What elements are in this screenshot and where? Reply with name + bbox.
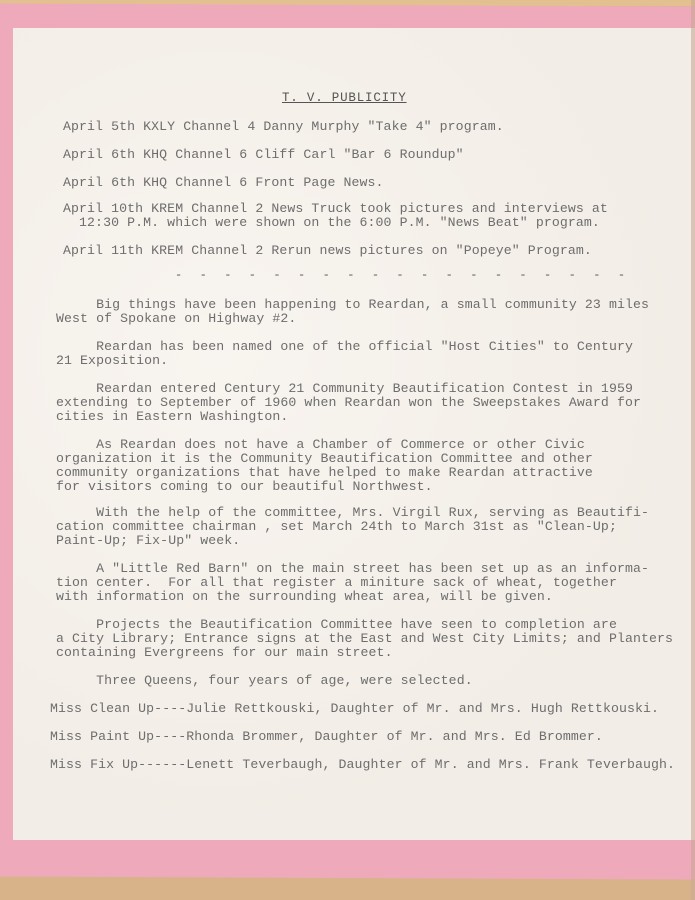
paragraph-line: organization it is the Community Beautif… [56, 451, 593, 466]
page-title: T. V. PUBLICITY [282, 91, 407, 106]
paragraph-line: community organizations that have helped… [56, 465, 593, 480]
paragraph-line: tion center. For all that register a min… [56, 575, 617, 590]
paragraph-line: for visitors coming to our beautiful Nor… [56, 479, 433, 494]
queen-line: Miss Fix Up------Lenett Teverbaugh, Daug… [50, 757, 675, 772]
paragraph-line: A "Little Red Barn" on the main street h… [56, 561, 649, 576]
paragraph-line: Reardan has been named one of the offici… [56, 339, 633, 354]
schedule-line: April 5th KXLY Channel 4 Danny Murphy "T… [63, 119, 504, 134]
paragraph-line: cities in Eastern Washington. [56, 409, 288, 424]
paragraph-line: cation committee chairman , set March 24… [56, 519, 617, 534]
paragraph-line: extending to September of 1960 when Rear… [56, 395, 641, 410]
paragraph-line: With the help of the committee, Mrs. Vir… [56, 505, 649, 520]
schedule-line: April 10th KREM Channel 2 News Truck too… [63, 201, 608, 216]
separator-dashes: - - - - - - - - - - - - - - - - - - - [175, 268, 630, 283]
paragraph-line: a City Library; Entrance signs at the Ea… [56, 631, 673, 646]
schedule-line: April 11th KREM Channel 2 Rerun news pic… [63, 243, 592, 258]
queen-line: Miss Paint Up----Rhonda Brommer, Daughte… [50, 729, 603, 744]
paragraph-line: with information on the surrounding whea… [56, 589, 553, 604]
queen-line: Miss Clean Up----Julie Rettkouski, Daugh… [50, 701, 659, 716]
paragraph-line: Big things have been happening to Rearda… [56, 297, 649, 312]
schedule-line: April 6th KHQ Channel 6 Cliff Carl "Bar … [63, 147, 464, 162]
paragraph-line: Reardan entered Century 21 Community Bea… [56, 381, 633, 396]
document-text: T. V. PUBLICITY April 5th KXLY Channel 4… [0, 0, 695, 900]
paragraph-line: West of Spokane on Highway #2. [56, 311, 296, 326]
paragraph-line: Projects the Beautification Committee ha… [56, 617, 617, 632]
paragraph-line: As Reardan does not have a Chamber of Co… [56, 437, 585, 452]
schedule-line: April 6th KHQ Channel 6 Front Page News. [63, 175, 384, 190]
paragraph-line: 21 Exposition. [56, 353, 168, 368]
schedule-line: 12:30 P.M. which were shown on the 6:00 … [63, 215, 600, 230]
paragraph-line: Paint-Up; Fix-Up" week. [56, 533, 240, 548]
paragraph-line: containing Evergreens for our main stree… [56, 645, 393, 660]
paragraph-line: Three Queens, four years of age, were se… [56, 673, 473, 688]
